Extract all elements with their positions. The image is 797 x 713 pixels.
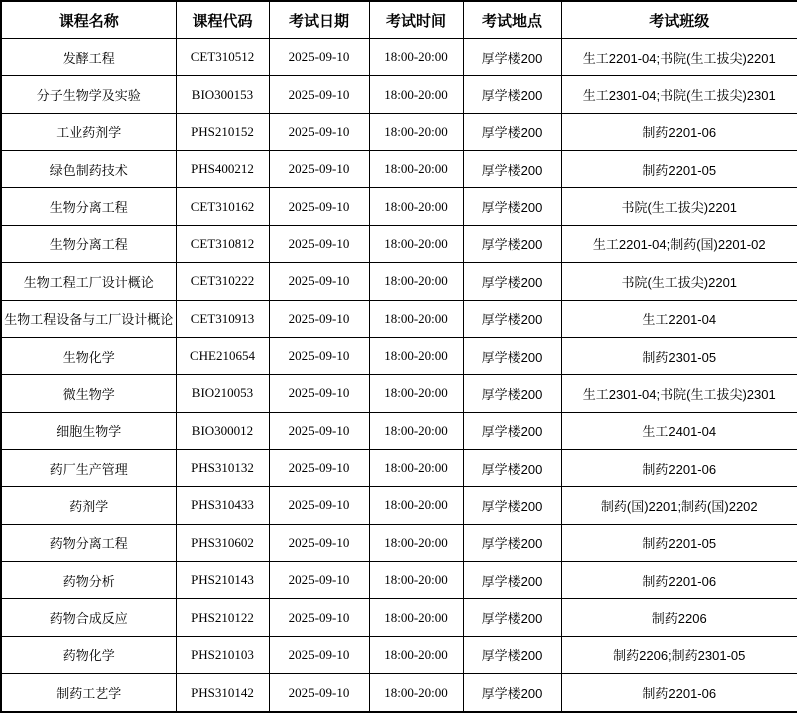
cell-exam-class: 书院(生工拔尖)2201: [561, 263, 797, 300]
cell-exam-location: 厚学楼200: [463, 375, 561, 412]
table-row: 生物工程设备与工厂设计概论 CET310913 2025-09-10 18:00…: [1, 300, 797, 337]
cell-exam-date: 2025-09-10: [269, 524, 369, 561]
cell-exam-time: 18:00-20:00: [369, 524, 463, 561]
exam-schedule-table: 课程名称 课程代码 考试日期 考试时间 考试地点 考试班级 发酵工程 CET31…: [0, 0, 797, 713]
cell-exam-date: 2025-09-10: [269, 39, 369, 76]
cell-course-name: 生物工程设备与工厂设计概论: [1, 300, 176, 337]
cell-exam-class: 生工2201-04;书院(生工拔尖)2201: [561, 39, 797, 76]
cell-course-code: PHS210152: [176, 113, 269, 150]
cell-course-code: PHS400212: [176, 151, 269, 188]
cell-exam-time: 18:00-20:00: [369, 300, 463, 337]
table-row: 工业药剂学 PHS210152 2025-09-10 18:00-20:00 厚…: [1, 113, 797, 150]
cell-course-code: PHS210103: [176, 636, 269, 673]
cell-course-code: BIO210053: [176, 375, 269, 412]
cell-exam-date: 2025-09-10: [269, 113, 369, 150]
cell-course-code: CET310812: [176, 225, 269, 262]
cell-exam-date: 2025-09-10: [269, 487, 369, 524]
cell-exam-date: 2025-09-10: [269, 674, 369, 712]
cell-exam-date: 2025-09-10: [269, 449, 369, 486]
cell-exam-class: 制药2201-05: [561, 524, 797, 561]
cell-course-code: PHS310433: [176, 487, 269, 524]
cell-exam-date: 2025-09-10: [269, 300, 369, 337]
cell-course-code: BIO300012: [176, 412, 269, 449]
cell-exam-time: 18:00-20:00: [369, 562, 463, 599]
cell-exam-time: 18:00-20:00: [369, 487, 463, 524]
cell-course-name: 生物工程工厂设计概论: [1, 263, 176, 300]
cell-course-name: 药厂生产管理: [1, 449, 176, 486]
cell-exam-class: 制药2201-06: [561, 674, 797, 712]
table-row: 制药工艺学 PHS310142 2025-09-10 18:00-20:00 厚…: [1, 674, 797, 712]
cell-exam-time: 18:00-20:00: [369, 375, 463, 412]
cell-exam-location: 厚学楼200: [463, 225, 561, 262]
cell-exam-class: 制药2201-05: [561, 151, 797, 188]
cell-exam-location: 厚学楼200: [463, 337, 561, 374]
cell-course-name: 发酵工程: [1, 39, 176, 76]
cell-course-code: PHS310602: [176, 524, 269, 561]
cell-course-code: CET310913: [176, 300, 269, 337]
table-row: 药厂生产管理 PHS310132 2025-09-10 18:00-20:00 …: [1, 449, 797, 486]
cell-exam-class: 生工2201-04: [561, 300, 797, 337]
cell-exam-location: 厚学楼200: [463, 562, 561, 599]
cell-course-code: PHS210143: [176, 562, 269, 599]
cell-exam-class: 生工2301-04;书院(生工拔尖)2301: [561, 76, 797, 113]
table-row: 生物分离工程 CET310812 2025-09-10 18:00-20:00 …: [1, 225, 797, 262]
table-row: 药物分析 PHS210143 2025-09-10 18:00-20:00 厚学…: [1, 562, 797, 599]
cell-exam-date: 2025-09-10: [269, 263, 369, 300]
cell-exam-location: 厚学楼200: [463, 113, 561, 150]
column-header-exam-location: 考试地点: [463, 1, 561, 39]
cell-course-name: 细胞生物学: [1, 412, 176, 449]
cell-exam-time: 18:00-20:00: [369, 76, 463, 113]
cell-exam-location: 厚学楼200: [463, 263, 561, 300]
table-row: 药物化学 PHS210103 2025-09-10 18:00-20:00 厚学…: [1, 636, 797, 673]
cell-exam-date: 2025-09-10: [269, 412, 369, 449]
cell-course-code: BIO300153: [176, 76, 269, 113]
table-row: 生物分离工程 CET310162 2025-09-10 18:00-20:00 …: [1, 188, 797, 225]
table-row: 微生物学 BIO210053 2025-09-10 18:00-20:00 厚学…: [1, 375, 797, 412]
cell-exam-time: 18:00-20:00: [369, 674, 463, 712]
cell-exam-location: 厚学楼200: [463, 39, 561, 76]
cell-course-code: PHS210122: [176, 599, 269, 636]
column-header-exam-class: 考试班级: [561, 1, 797, 39]
cell-exam-date: 2025-09-10: [269, 636, 369, 673]
cell-course-code: CET310512: [176, 39, 269, 76]
table-row: 生物工程工厂设计概论 CET310222 2025-09-10 18:00-20…: [1, 263, 797, 300]
cell-exam-date: 2025-09-10: [269, 188, 369, 225]
cell-exam-location: 厚学楼200: [463, 188, 561, 225]
cell-course-name: 绿色制药技术: [1, 151, 176, 188]
cell-exam-location: 厚学楼200: [463, 151, 561, 188]
cell-course-name: 工业药剂学: [1, 113, 176, 150]
table-row: 细胞生物学 BIO300012 2025-09-10 18:00-20:00 厚…: [1, 412, 797, 449]
column-header-course-code: 课程代码: [176, 1, 269, 39]
cell-course-code: PHS310142: [176, 674, 269, 712]
cell-exam-time: 18:00-20:00: [369, 188, 463, 225]
cell-course-code: CHE210654: [176, 337, 269, 374]
cell-exam-location: 厚学楼200: [463, 449, 561, 486]
cell-exam-time: 18:00-20:00: [369, 113, 463, 150]
cell-course-code: CET310162: [176, 188, 269, 225]
cell-exam-date: 2025-09-10: [269, 375, 369, 412]
cell-course-name: 制药工艺学: [1, 674, 176, 712]
cell-course-name: 药物合成反应: [1, 599, 176, 636]
cell-exam-location: 厚学楼200: [463, 599, 561, 636]
cell-exam-class: 制药2201-06: [561, 449, 797, 486]
cell-exam-time: 18:00-20:00: [369, 39, 463, 76]
header-row: 课程名称 课程代码 考试日期 考试时间 考试地点 考试班级: [1, 1, 797, 39]
cell-exam-location: 厚学楼200: [463, 76, 561, 113]
table-header: 课程名称 课程代码 考试日期 考试时间 考试地点 考试班级: [1, 1, 797, 39]
table-row: 药剂学 PHS310433 2025-09-10 18:00-20:00 厚学楼…: [1, 487, 797, 524]
cell-course-name: 药物分离工程: [1, 524, 176, 561]
cell-exam-class: 制药2201-06: [561, 113, 797, 150]
cell-exam-date: 2025-09-10: [269, 76, 369, 113]
cell-exam-date: 2025-09-10: [269, 562, 369, 599]
cell-exam-location: 厚学楼200: [463, 412, 561, 449]
cell-exam-class: 制药2201-06: [561, 562, 797, 599]
cell-exam-class: 制药2301-05: [561, 337, 797, 374]
cell-exam-class: 书院(生工拔尖)2201: [561, 188, 797, 225]
cell-exam-time: 18:00-20:00: [369, 412, 463, 449]
cell-exam-location: 厚学楼200: [463, 524, 561, 561]
table-row: 药物合成反应 PHS210122 2025-09-10 18:00-20:00 …: [1, 599, 797, 636]
cell-exam-location: 厚学楼200: [463, 300, 561, 337]
cell-course-code: CET310222: [176, 263, 269, 300]
cell-course-name: 药物化学: [1, 636, 176, 673]
cell-exam-time: 18:00-20:00: [369, 599, 463, 636]
cell-exam-location: 厚学楼200: [463, 674, 561, 712]
table-row: 生物化学 CHE210654 2025-09-10 18:00-20:00 厚学…: [1, 337, 797, 374]
cell-exam-date: 2025-09-10: [269, 599, 369, 636]
cell-course-name: 药物分析: [1, 562, 176, 599]
column-header-course-name: 课程名称: [1, 1, 176, 39]
column-header-exam-date: 考试日期: [269, 1, 369, 39]
table-body: 发酵工程 CET310512 2025-09-10 18:00-20:00 厚学…: [1, 39, 797, 713]
cell-course-name: 生物分离工程: [1, 188, 176, 225]
cell-course-name: 微生物学: [1, 375, 176, 412]
table-row: 药物分离工程 PHS310602 2025-09-10 18:00-20:00 …: [1, 524, 797, 561]
cell-course-name: 分子生物学及实验: [1, 76, 176, 113]
cell-exam-time: 18:00-20:00: [369, 337, 463, 374]
cell-exam-time: 18:00-20:00: [369, 225, 463, 262]
cell-exam-class: 生工2301-04;书院(生工拔尖)2301: [561, 375, 797, 412]
column-header-exam-time: 考试时间: [369, 1, 463, 39]
cell-exam-time: 18:00-20:00: [369, 263, 463, 300]
table-row: 绿色制药技术 PHS400212 2025-09-10 18:00-20:00 …: [1, 151, 797, 188]
table-row: 分子生物学及实验 BIO300153 2025-09-10 18:00-20:0…: [1, 76, 797, 113]
cell-exam-time: 18:00-20:00: [369, 449, 463, 486]
cell-exam-time: 18:00-20:00: [369, 151, 463, 188]
cell-course-name: 生物化学: [1, 337, 176, 374]
cell-exam-class: 制药2206: [561, 599, 797, 636]
table-row: 发酵工程 CET310512 2025-09-10 18:00-20:00 厚学…: [1, 39, 797, 76]
cell-exam-class: 制药2206;制药2301-05: [561, 636, 797, 673]
cell-exam-date: 2025-09-10: [269, 337, 369, 374]
cell-exam-date: 2025-09-10: [269, 225, 369, 262]
cell-course-name: 生物分离工程: [1, 225, 176, 262]
cell-exam-class: 制药(国)2201;制药(国)2202: [561, 487, 797, 524]
cell-course-code: PHS310132: [176, 449, 269, 486]
cell-exam-location: 厚学楼200: [463, 487, 561, 524]
cell-exam-class: 生工2201-04;制药(国)2201-02: [561, 225, 797, 262]
cell-exam-location: 厚学楼200: [463, 636, 561, 673]
cell-exam-class: 生工2401-04: [561, 412, 797, 449]
cell-course-name: 药剂学: [1, 487, 176, 524]
cell-exam-date: 2025-09-10: [269, 151, 369, 188]
cell-exam-time: 18:00-20:00: [369, 636, 463, 673]
